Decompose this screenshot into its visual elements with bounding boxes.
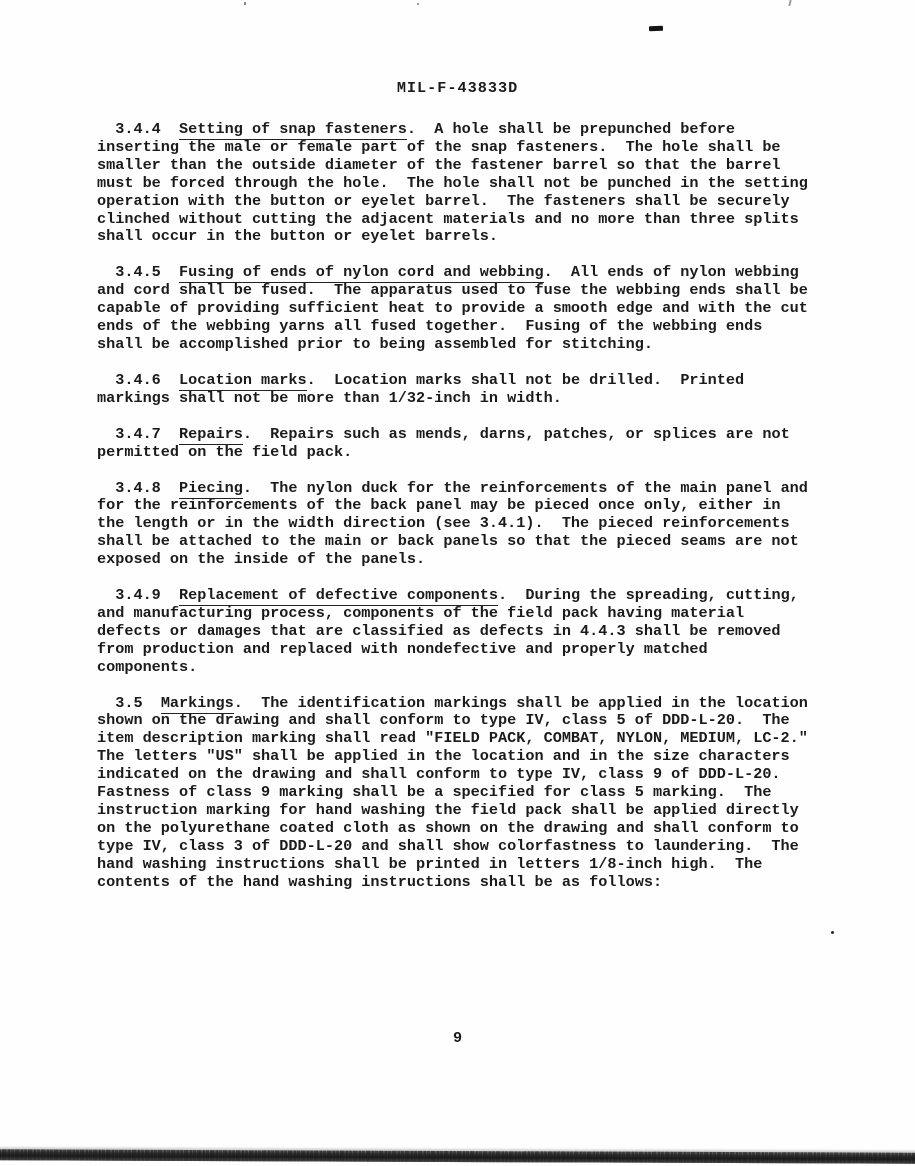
- paragraph-line: the length or in the width direction (se…: [97, 515, 837, 533]
- paragraph-first-line: 3.4.4 Setting of snap fasteners. A hole …: [97, 121, 837, 139]
- paragraph-3-4-7: 3.4.7 Repairs. Repairs such as mends, da…: [97, 426, 837, 462]
- section-text: . Repairs such as mends, darns, patches,…: [243, 425, 790, 443]
- paragraph-line: indicated on the drawing and shall confo…: [97, 766, 837, 784]
- section-heading: Setting of snap fasteners: [179, 120, 407, 140]
- paragraph-line: markings shall not be more than 1/32-inc…: [97, 390, 837, 408]
- paragraph-line: operation with the button or eyelet barr…: [97, 193, 837, 211]
- paragraph-line: must be forced through the hole. The hol…: [97, 175, 837, 193]
- scan-speck-dot: [831, 931, 834, 934]
- paragraph-line: and manufacturing process, components of…: [97, 605, 837, 623]
- scan-edge-band: [0, 1149, 915, 1164]
- paragraph-line: capable of providing sufficient heat to …: [97, 300, 837, 318]
- section-number: 3.4.8: [97, 479, 179, 497]
- section-heading: Repairs: [179, 425, 243, 445]
- paragraph-line: inserting the male or female part of the…: [97, 139, 837, 157]
- document-id-header: MIL-F-43833D: [0, 79, 915, 97]
- section-text: . A hole shall be prepunched before: [407, 120, 735, 138]
- paragraph-line: clinched without cutting the adjacent ma…: [97, 211, 837, 229]
- scan-tick-mark: [788, 0, 791, 6]
- paragraph-line: and cord shall be fused. The apparatus u…: [97, 282, 837, 300]
- paragraph-line: hand washing instructions shall be print…: [97, 856, 837, 874]
- paragraph-line: smaller than the outside diameter of the…: [97, 157, 837, 175]
- paragraph-line: for the reinforcements of the back panel…: [97, 497, 837, 515]
- paragraph-3-4-5: 3.4.5 Fusing of ends of nylon cord and w…: [97, 264, 837, 354]
- paragraph-line: components.: [97, 659, 837, 677]
- paragraph-first-line: 3.4.9 Replacement of defective component…: [97, 587, 837, 605]
- section-number: 3.5: [97, 694, 161, 712]
- paragraph-line: from production and replaced with nondef…: [97, 641, 837, 659]
- paragraph-first-line: 3.4.8 Piecing. The nylon duck for the re…: [97, 480, 837, 498]
- paragraph-line: shown on the drawing and shall conform t…: [97, 712, 837, 730]
- paragraph-3-4-4: 3.4.4 Setting of snap fasteners. A hole …: [97, 121, 837, 246]
- paragraph-line: ends of the webbing yarns all fused toge…: [97, 318, 837, 336]
- paragraph-line: type IV, class 3 of DDD-L-20 and shall s…: [97, 838, 837, 856]
- paragraph-line: exposed on the inside of the panels.: [97, 551, 837, 569]
- section-number: 3.4.6: [97, 371, 179, 389]
- section-number: 3.4.5: [97, 263, 179, 281]
- paragraph-3-4-6: 3.4.6 Location marks. Location marks sha…: [97, 372, 837, 408]
- paragraph-line: instruction marking for hand washing the…: [97, 802, 837, 820]
- section-text: . The identification markings shall be a…: [234, 694, 808, 712]
- section-text: . The nylon duck for the reinforcements …: [243, 479, 808, 497]
- paragraph-line: on the polyurethane coated cloth as show…: [97, 820, 837, 838]
- section-heading: Location marks: [179, 371, 307, 391]
- paragraph-first-line: 3.4.7 Repairs. Repairs such as mends, da…: [97, 426, 837, 444]
- paragraph-line: Fastness of class 9 marking shall be a s…: [97, 784, 837, 802]
- paragraph-3-5: 3.5 Markings. The identification marking…: [97, 695, 837, 892]
- section-text: . During the spreading, cutting,: [498, 586, 799, 604]
- scan-speck: [417, 3, 419, 5]
- paragraph-line: shall be attached to the main or back pa…: [97, 533, 837, 551]
- paragraph-line: The letters "US" shall be applied in the…: [97, 748, 837, 766]
- section-number: 3.4.4: [97, 120, 179, 138]
- paragraph-line: item description marking shall read "FIE…: [97, 730, 837, 748]
- section-number: 3.4.7: [97, 425, 179, 443]
- section-text: . All ends of nylon webbing: [544, 263, 799, 281]
- scanned-document-page: MIL-F-43833D 3.4.4 Setting of snap faste…: [0, 0, 915, 1166]
- paragraph-first-line: 3.5 Markings. The identification marking…: [97, 695, 837, 713]
- paragraph-line: permitted on the field pack.: [97, 444, 837, 462]
- paragraph-3-4-9: 3.4.9 Replacement of defective component…: [97, 587, 837, 677]
- paragraph-3-4-8: 3.4.8 Piecing. The nylon duck for the re…: [97, 480, 837, 570]
- paragraph-first-line: 3.4.5 Fusing of ends of nylon cord and w…: [97, 264, 837, 282]
- paragraph-line: shall occur in the button or eyelet barr…: [97, 228, 837, 246]
- scan-speck: [244, 2, 246, 5]
- paragraph-line: defects or damages that are classified a…: [97, 623, 837, 641]
- document-body: 3.4.4 Setting of snap fasteners. A hole …: [97, 121, 837, 910]
- paragraph-line: shall be accomplished prior to being ass…: [97, 336, 837, 354]
- section-number: 3.4.9: [97, 586, 179, 604]
- paragraph-first-line: 3.4.6 Location marks. Location marks sha…: [97, 372, 837, 390]
- paragraph-line: contents of the hand washing instruction…: [97, 874, 837, 892]
- scan-dash-mark: [649, 26, 663, 31]
- section-text: . Location marks shall not be drilled. P…: [307, 371, 744, 389]
- page-number: 9: [0, 1029, 915, 1047]
